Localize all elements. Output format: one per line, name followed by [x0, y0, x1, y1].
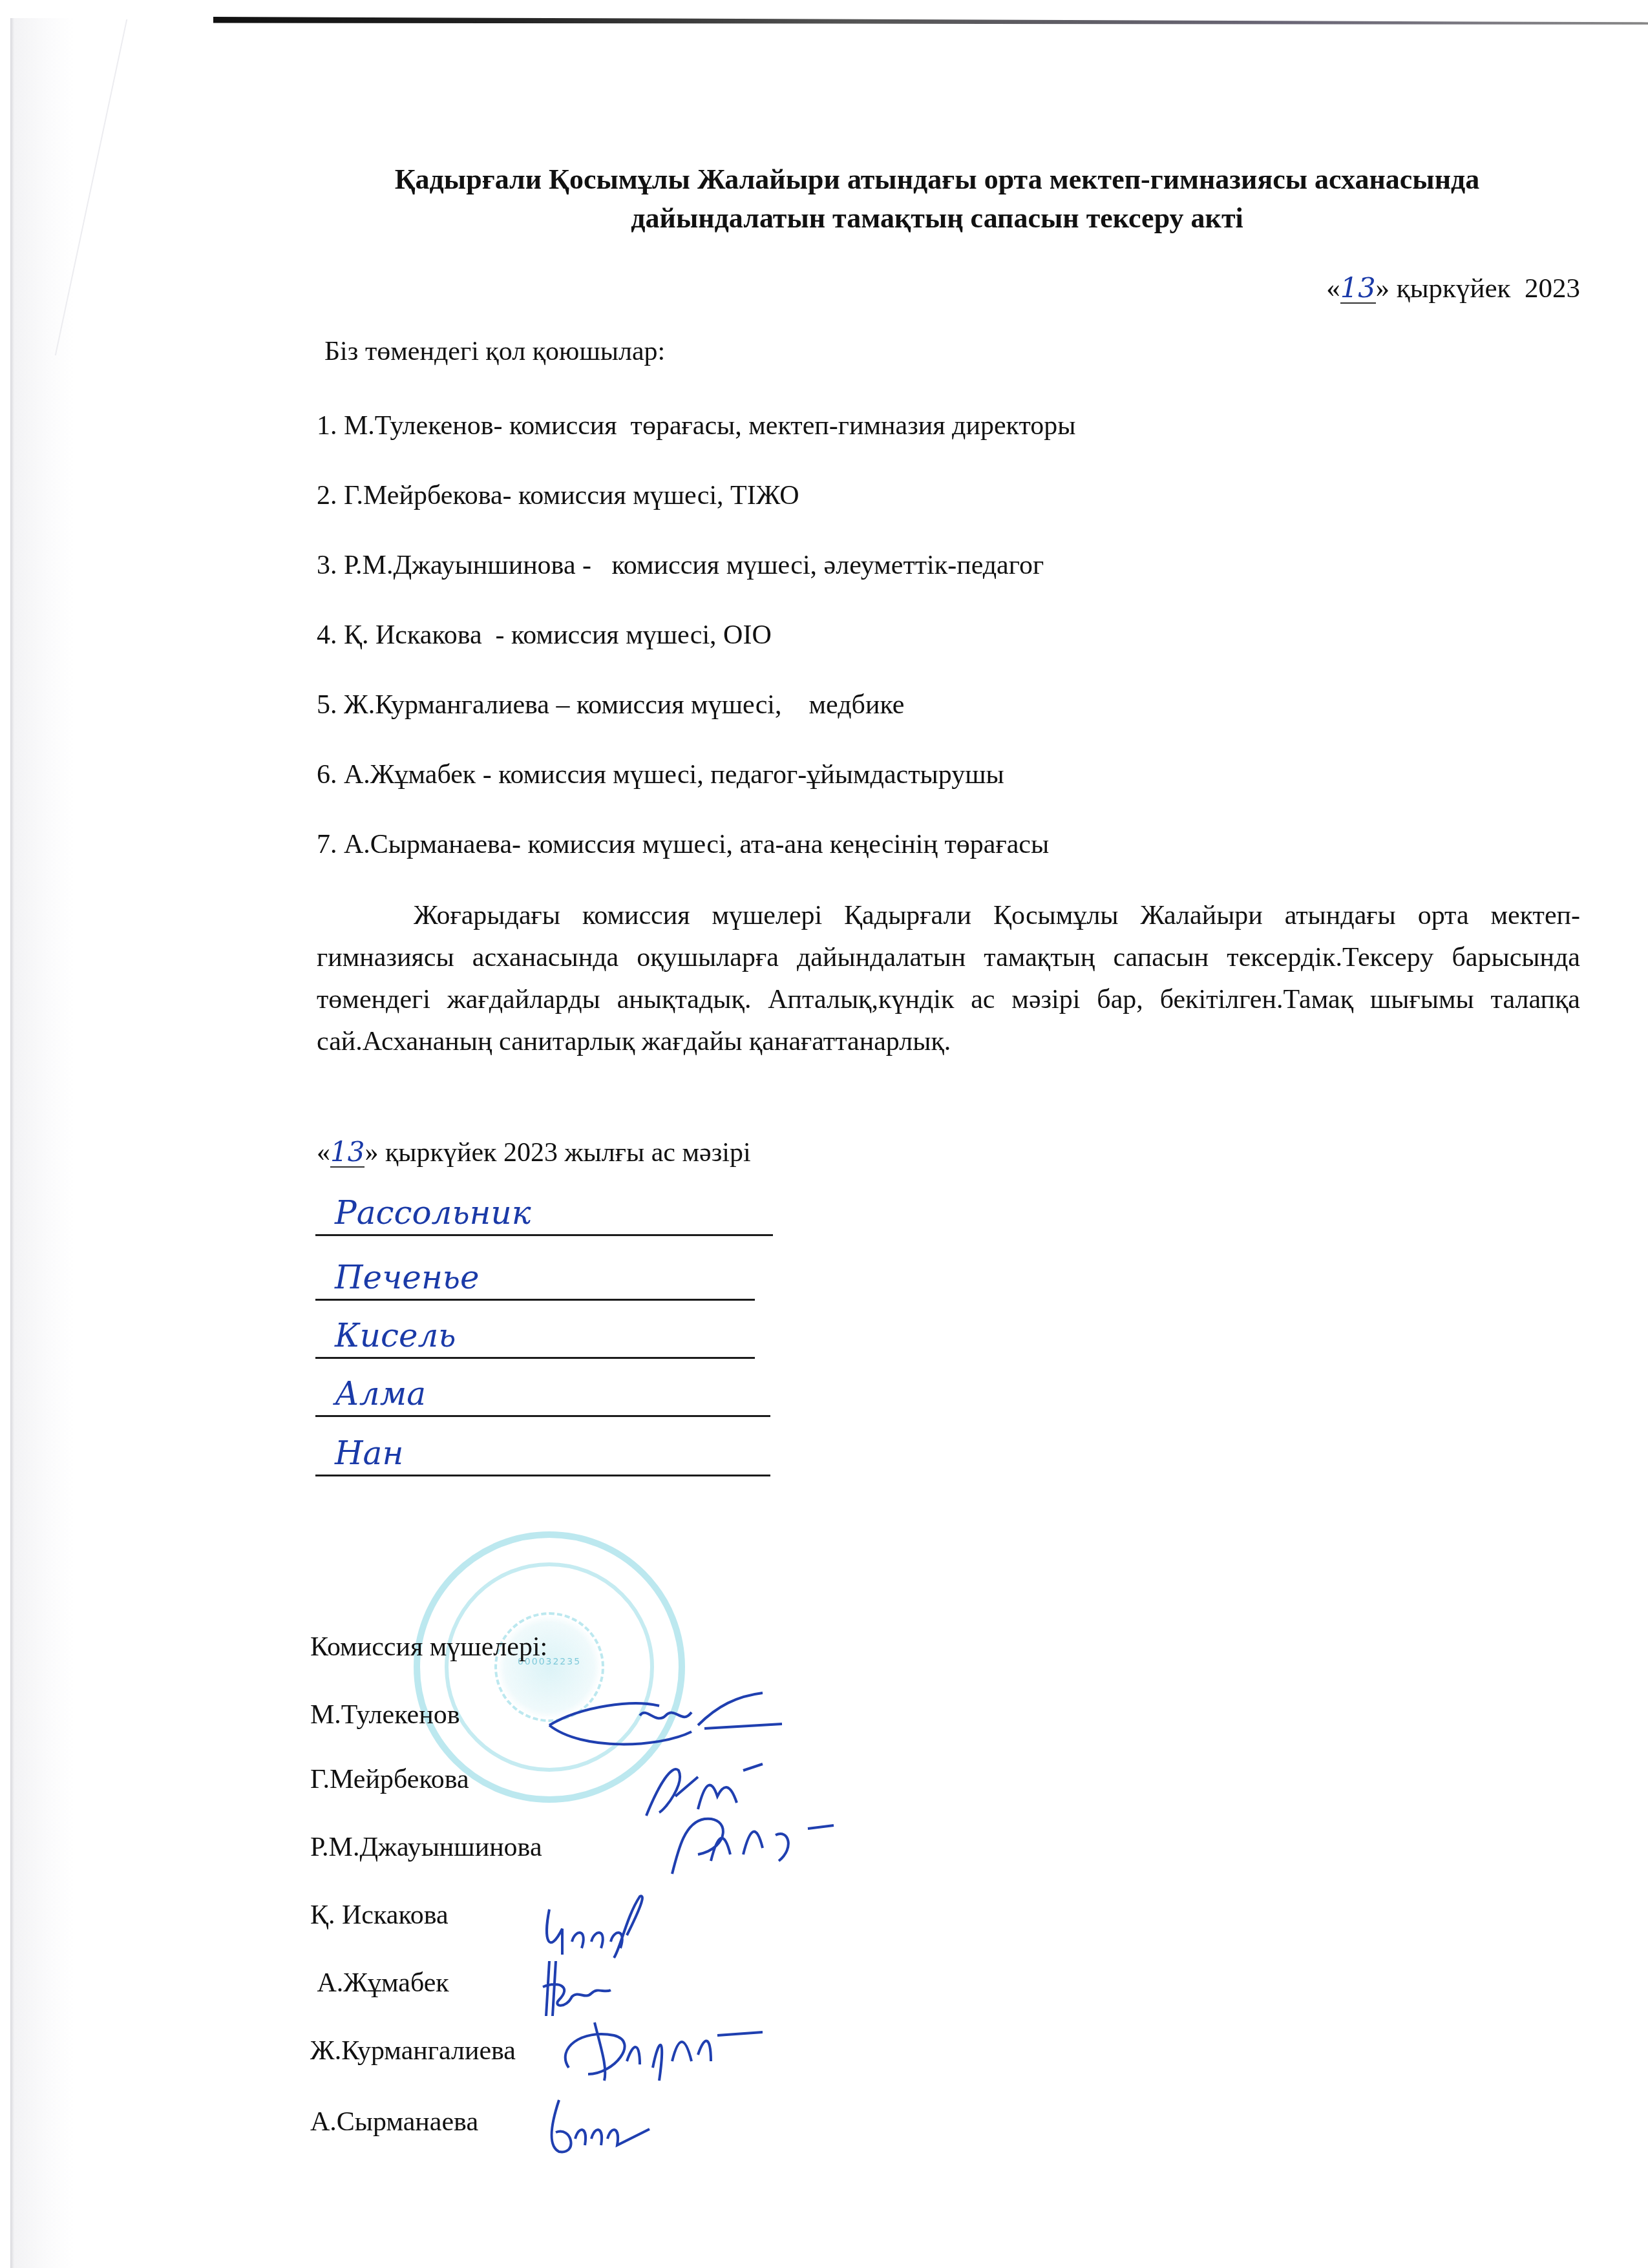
- signature-mark: [543, 1686, 788, 1758]
- scan-edge-top: [213, 17, 1648, 25]
- date-open-quote: «: [1326, 273, 1340, 304]
- menu-heading-text: қыркүйек 2023 жылғы ас мәзірі: [378, 1138, 750, 1168]
- signature-row: Қ. Искакова: [310, 1900, 449, 1931]
- signatory-name: Г.Мейрбекова: [310, 1765, 469, 1794]
- date-day-handwritten: 13: [1340, 274, 1376, 304]
- menu-item: Печенье: [315, 1254, 755, 1301]
- date-close-quote: »: [1376, 273, 1390, 304]
- inspection-paragraph: Жоғарыдағы комиссия мүшелері Қадырғали Қ…: [317, 895, 1580, 1063]
- signatory-name: М.Тулекенов: [310, 1700, 460, 1730]
- signature-mark: [540, 2094, 656, 2158]
- member-item: 1. М.Тулекенов- комиссия төрағасы, мекте…: [317, 410, 1075, 441]
- title-line-2: дайындалатын тамақтың сапасын тексеру ак…: [284, 199, 1590, 238]
- signatory-name: А.Жұмабек: [310, 1968, 449, 1998]
- signature-row: Ж.Курмангалиева: [310, 2035, 516, 2066]
- signature-row: М.Тулекенов: [310, 1699, 460, 1730]
- scan-shadow-left: [10, 18, 75, 2268]
- intro-text: Біз төмендегі қол қоюшылар:: [324, 336, 665, 367]
- menu-close-quote: »: [364, 1138, 378, 1168]
- title-line-1: Қадырғали Қосымұлы Жалайыри атындағы орт…: [284, 160, 1590, 199]
- menu-item: Нан: [315, 1429, 770, 1476]
- signature-mark: [556, 2010, 763, 2087]
- member-item: 7. А.Сырманаева- комиссия мүшесі, ата-ан…: [317, 829, 1049, 860]
- menu-item-text: Рассольник: [335, 1194, 531, 1232]
- signatory-name: Ж.Курмангалиева: [310, 2036, 516, 2066]
- menu-item: Кисель: [315, 1312, 755, 1359]
- member-item: 5. Ж.Курмангалиева – комиссия мүшесі, ме…: [317, 689, 904, 720]
- member-item: 4. Қ. Искакова - комиссия мүшесі, ОІО: [317, 620, 772, 651]
- menu-item: Алма: [315, 1370, 770, 1417]
- date-month-year: қыркүйек 2023: [1397, 273, 1580, 304]
- menu-item-text: Алма: [335, 1375, 426, 1412]
- signature-row: Г.Мейрбекова: [310, 1764, 469, 1795]
- menu-item-text: Кисель: [335, 1317, 456, 1354]
- signatory-name: А.Сырманаева: [310, 2107, 478, 2137]
- signature-mark: [536, 1890, 653, 1961]
- signature-row: А.Сырманаева: [310, 2106, 478, 2137]
- signatory-name: Р.М.Джауыншинова: [310, 1832, 542, 1862]
- document-date: «13» қыркүйек 2023: [1326, 273, 1580, 304]
- signature-row: Р.М.Джауыншинова: [310, 1832, 542, 1863]
- signature-mark: [659, 1809, 840, 1880]
- menu-item-text: Печенье: [335, 1259, 480, 1296]
- menu-open-quote: «: [317, 1138, 330, 1168]
- menu-item-text: Нан: [335, 1434, 403, 1472]
- member-item: 6. А.Жұмабек - комиссия мүшесі, педагог-…: [317, 759, 1004, 790]
- menu-heading: «13» қыркүйек 2023 жылғы ас мәзірі: [317, 1137, 751, 1168]
- document-title: Қадырғали Қосымұлы Жалайыри атындағы орт…: [284, 160, 1590, 238]
- menu-day-handwritten: 13: [330, 1138, 364, 1168]
- signatory-name: Қ. Искакова: [310, 1900, 449, 1930]
- signatures-heading: Комиссия мүшелері:: [310, 1632, 547, 1663]
- member-item: 3. Р.М.Джауыншинова - комиссия мүшесі, ә…: [317, 550, 1044, 581]
- member-item: 2. Г.Мейрбекова- комиссия мүшесі, ТІЖО: [317, 480, 799, 511]
- menu-item: Рассольник: [315, 1189, 773, 1236]
- signature-row: А.Жұмабек: [310, 1968, 449, 1999]
